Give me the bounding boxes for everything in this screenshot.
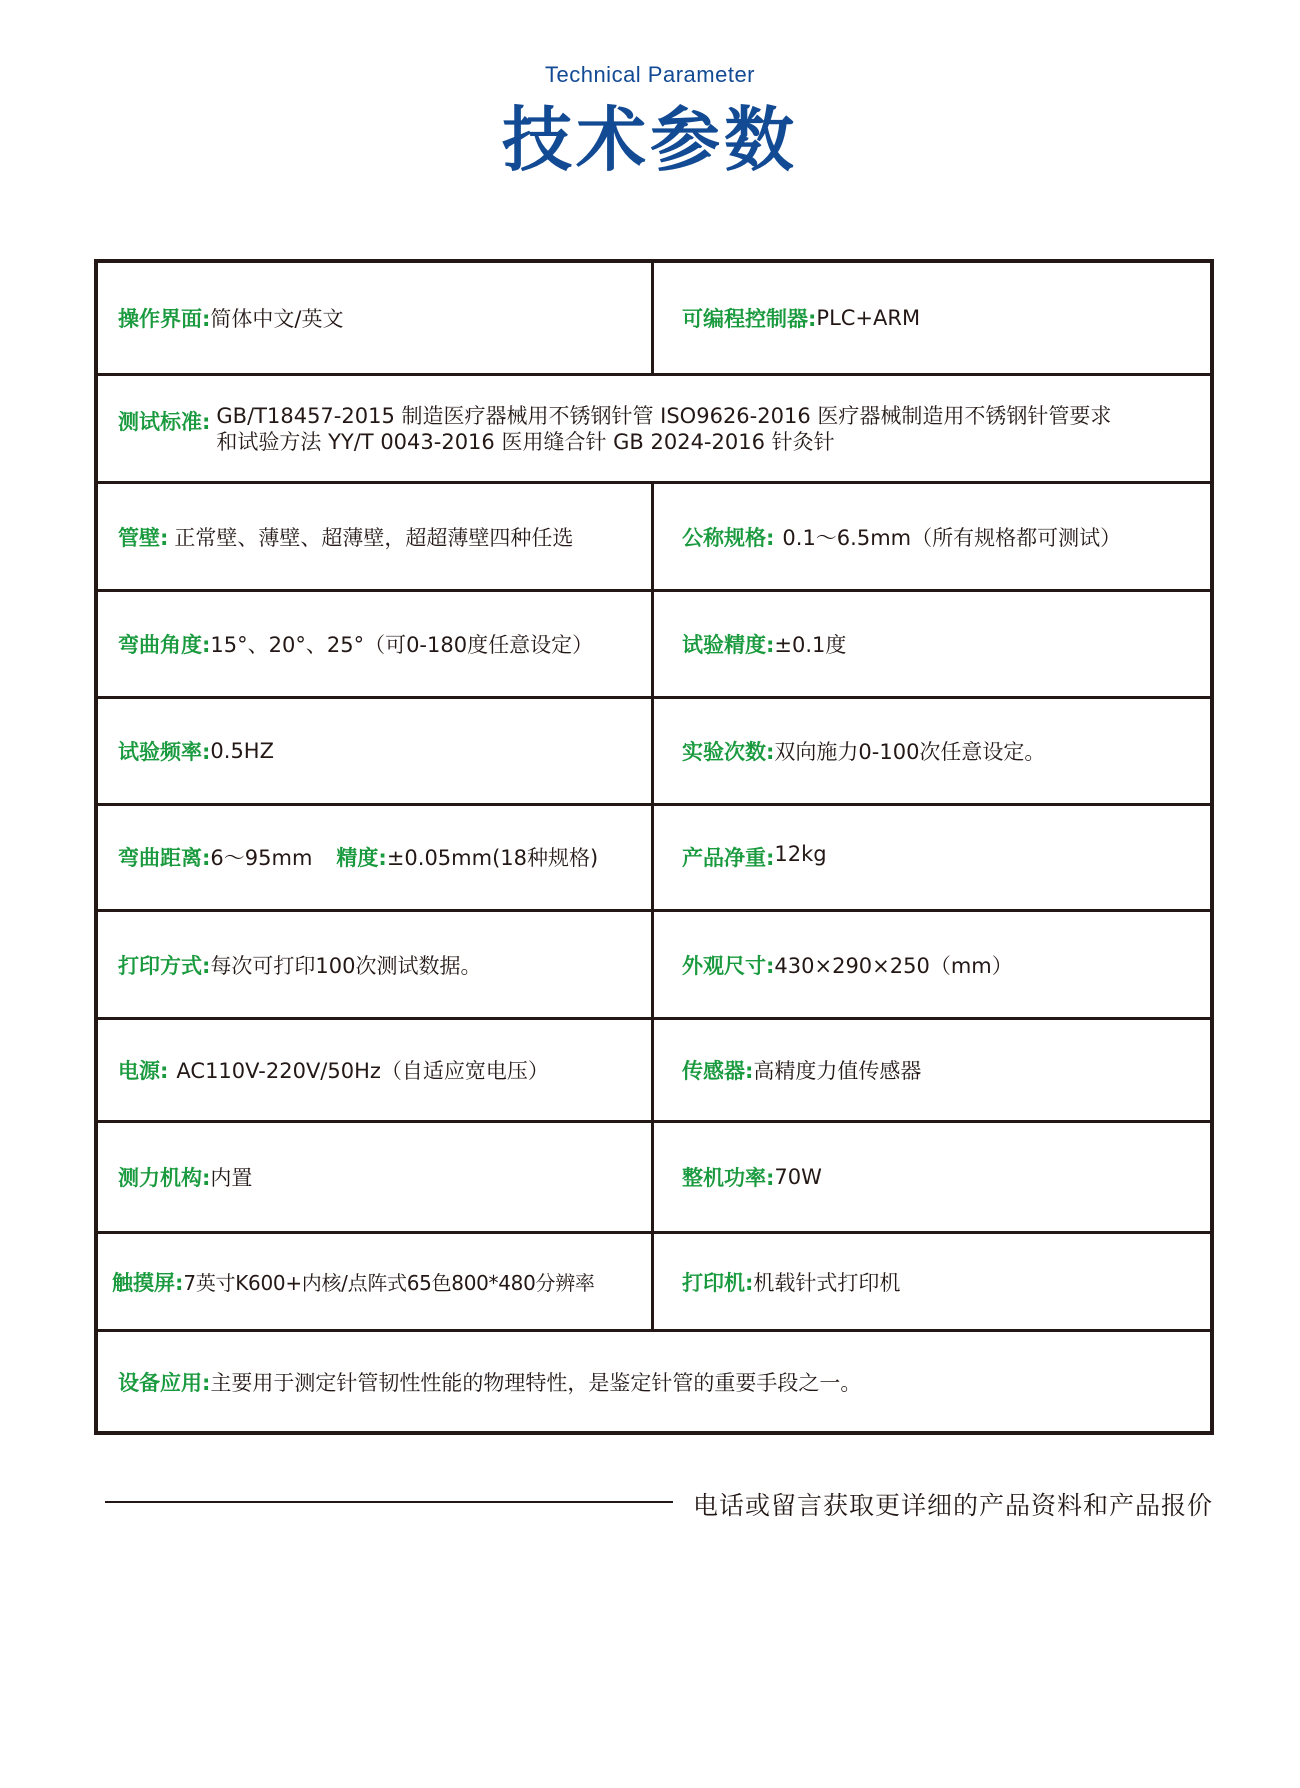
spec-label: 设备应用: xyxy=(118,1367,210,1397)
page-title: 技术参数 xyxy=(0,98,1300,182)
spec-cell-controller: 可编程控制器: PLC+ARM xyxy=(654,263,1210,373)
table-row: 弯曲角度: 15°、20°、25°（可0-180度任意设定） 试验精度: ±0.… xyxy=(98,592,1210,699)
table-row: 操作界面: 简体中文/英文 可编程控制器: PLC+ARM xyxy=(98,263,1210,376)
spec-table: 操作界面: 简体中文/英文 可编程控制器: PLC+ARM 测试标准: GB/T… xyxy=(94,259,1214,1435)
spec-cell-bend-distance: 弯曲距离: 6～95mm 精度: ±0.05mm(18种规格) xyxy=(98,806,654,909)
spec-cell-application: 设备应用: 主要用于测定针管韧性性能的物理特性，是鉴定针管的重要手段之一。 xyxy=(98,1332,1210,1431)
spec-cell-bend-angle: 弯曲角度: 15°、20°、25°（可0-180度任意设定） xyxy=(98,592,654,696)
table-row: 测力机构: 内置 整机功率: 70W xyxy=(98,1123,1210,1234)
spec-label: 公称规格: xyxy=(682,522,774,552)
spec-cell-nominal-size: 公称规格: 0.1～6.5mm（所有规格都可测试） xyxy=(654,484,1210,589)
table-row: 管壁: 正常壁、薄壁、超薄壁，超超薄壁四种任选 公称规格: 0.1～6.5mm（… xyxy=(98,484,1210,592)
spec-label: 打印方式: xyxy=(118,950,210,980)
table-row: 电源: AC110V-220V/50Hz（自适应宽电压） 传感器: 高精度力值传… xyxy=(98,1020,1210,1123)
table-row: 测试标准: GB/T18457-2015 制造医疗器械用不锈钢针管 ISO962… xyxy=(98,376,1210,484)
page-subtitle: Technical Parameter xyxy=(0,62,1300,88)
spec-cell-touchscreen: 触摸屏: 7英寸K600+内核/点阵式65色800*480分辨率 xyxy=(98,1234,654,1329)
spec-label: 触摸屏: xyxy=(112,1267,183,1297)
spec-label: 打印机: xyxy=(682,1267,753,1297)
spec-value: 7英寸K600+内核/点阵式65色800*480分辨率 xyxy=(183,1267,594,1296)
spec-label: 传感器: xyxy=(682,1055,753,1085)
spec-value: 430×290×250（mm） xyxy=(774,950,1012,980)
spec-label: 试验频率: xyxy=(118,736,210,766)
spec-label: 测力机构: xyxy=(118,1162,210,1192)
spec-value: 正常壁、薄壁、超薄壁，超超薄壁四种任选 xyxy=(174,522,573,552)
spec-value: 0.1～6.5mm（所有规格都可测试） xyxy=(782,522,1121,552)
spec-cell-dimensions: 外观尺寸: 430×290×250（mm） xyxy=(654,912,1210,1017)
spec-label: 可编程控制器: xyxy=(682,303,816,333)
spec-label: 产品净重: xyxy=(682,842,774,872)
spec-label: 外观尺寸: xyxy=(682,950,774,980)
table-row: 试验频率: 0.5HZ 实验次数: 双向施力0-100次任意设定。 xyxy=(98,699,1210,806)
spec-value: 主要用于测定针管韧性性能的物理特性，是鉴定针管的重要手段之一。 xyxy=(210,1367,861,1397)
spec-value: PLC+ARM xyxy=(816,306,920,330)
spec-label: 试验精度: xyxy=(682,629,774,659)
spec-cell-test-count: 实验次数: 双向施力0-100次任意设定。 xyxy=(654,699,1210,803)
spec-label: 弯曲距离: xyxy=(118,842,210,872)
spec-value-line: 和试验方法 YY/T 0043-2016 医用缝合针 GB 2024-2016 … xyxy=(216,429,1111,455)
table-row: 触摸屏: 7英寸K600+内核/点阵式65色800*480分辨率 打印机: 机载… xyxy=(98,1234,1210,1332)
spec-value: 高精度力值传感器 xyxy=(753,1055,921,1085)
spec-value: 简体中文/英文 xyxy=(210,303,343,333)
spec-cell-interface: 操作界面: 简体中文/英文 xyxy=(98,263,654,373)
spec-value: AC110V-220V/50Hz（自适应宽电压） xyxy=(176,1055,549,1085)
spec-label: 弯曲角度: xyxy=(118,629,210,659)
spec-cell-standards: 测试标准: GB/T18457-2015 制造医疗器械用不锈钢针管 ISO962… xyxy=(98,376,1210,481)
spec-value: 6～95mm xyxy=(210,842,312,872)
spec-value: 机载针式打印机 xyxy=(753,1267,900,1297)
spec-value: 双向施力0-100次任意设定。 xyxy=(774,736,1045,766)
spec-value: 12kg xyxy=(774,842,826,866)
spec-value: ±0.05mm(18种规格) xyxy=(387,842,598,872)
spec-cell-test-frequency: 试验频率: 0.5HZ xyxy=(98,699,654,803)
spec-cell-net-weight: 产品净重: 12kg xyxy=(654,806,1210,909)
spec-label: 电源: xyxy=(118,1055,168,1085)
spec-cell-printer: 打印机: 机载针式打印机 xyxy=(654,1234,1210,1329)
spec-value-line: GB/T18457-2015 制造医疗器械用不锈钢针管 ISO9626-2016… xyxy=(216,403,1111,429)
spec-cell-print-mode: 打印方式: 每次可打印100次测试数据。 xyxy=(98,912,654,1017)
spec-label: 测试标准: xyxy=(118,406,210,436)
spec-cell-wall: 管壁: 正常壁、薄壁、超薄壁，超超薄壁四种任选 xyxy=(98,484,654,589)
spec-cell-force-mechanism: 测力机构: 内置 xyxy=(98,1123,654,1231)
spec-value: 0.5HZ xyxy=(210,739,274,763)
footer-contact-text: 电话或留言获取更详细的产品资料和产品报价 xyxy=(693,1486,1213,1522)
spec-cell-power-supply: 电源: AC110V-220V/50Hz（自适应宽电压） xyxy=(98,1020,654,1120)
table-row: 弯曲距离: 6～95mm 精度: ±0.05mm(18种规格) 产品净重: 12… xyxy=(98,806,1210,912)
footer-divider xyxy=(105,1501,673,1503)
table-row: 设备应用: 主要用于测定针管韧性性能的物理特性，是鉴定针管的重要手段之一。 xyxy=(98,1332,1210,1431)
spec-value: 15°、20°、25°（可0-180度任意设定） xyxy=(210,629,593,659)
table-row: 打印方式: 每次可打印100次测试数据。 外观尺寸: 430×290×250（m… xyxy=(98,912,1210,1020)
spec-value: 每次可打印100次测试数据。 xyxy=(210,950,481,980)
spec-cell-test-accuracy: 试验精度: ±0.1度 xyxy=(654,592,1210,696)
spec-cell-total-power: 整机功率: 70W xyxy=(654,1123,1210,1231)
spec-value: 内置 xyxy=(210,1162,252,1192)
spec-value-block: GB/T18457-2015 制造医疗器械用不锈钢针管 ISO9626-2016… xyxy=(216,403,1111,455)
spec-value: ±0.1度 xyxy=(774,629,846,659)
spec-label: 精度: xyxy=(336,842,386,872)
spec-label: 操作界面: xyxy=(118,303,210,333)
spec-label: 管壁: xyxy=(118,522,168,552)
spec-label: 实验次数: xyxy=(682,736,774,766)
spec-value: 70W xyxy=(774,1165,822,1189)
spec-label: 整机功率: xyxy=(682,1162,774,1192)
spec-cell-sensor: 传感器: 高精度力值传感器 xyxy=(654,1020,1210,1120)
